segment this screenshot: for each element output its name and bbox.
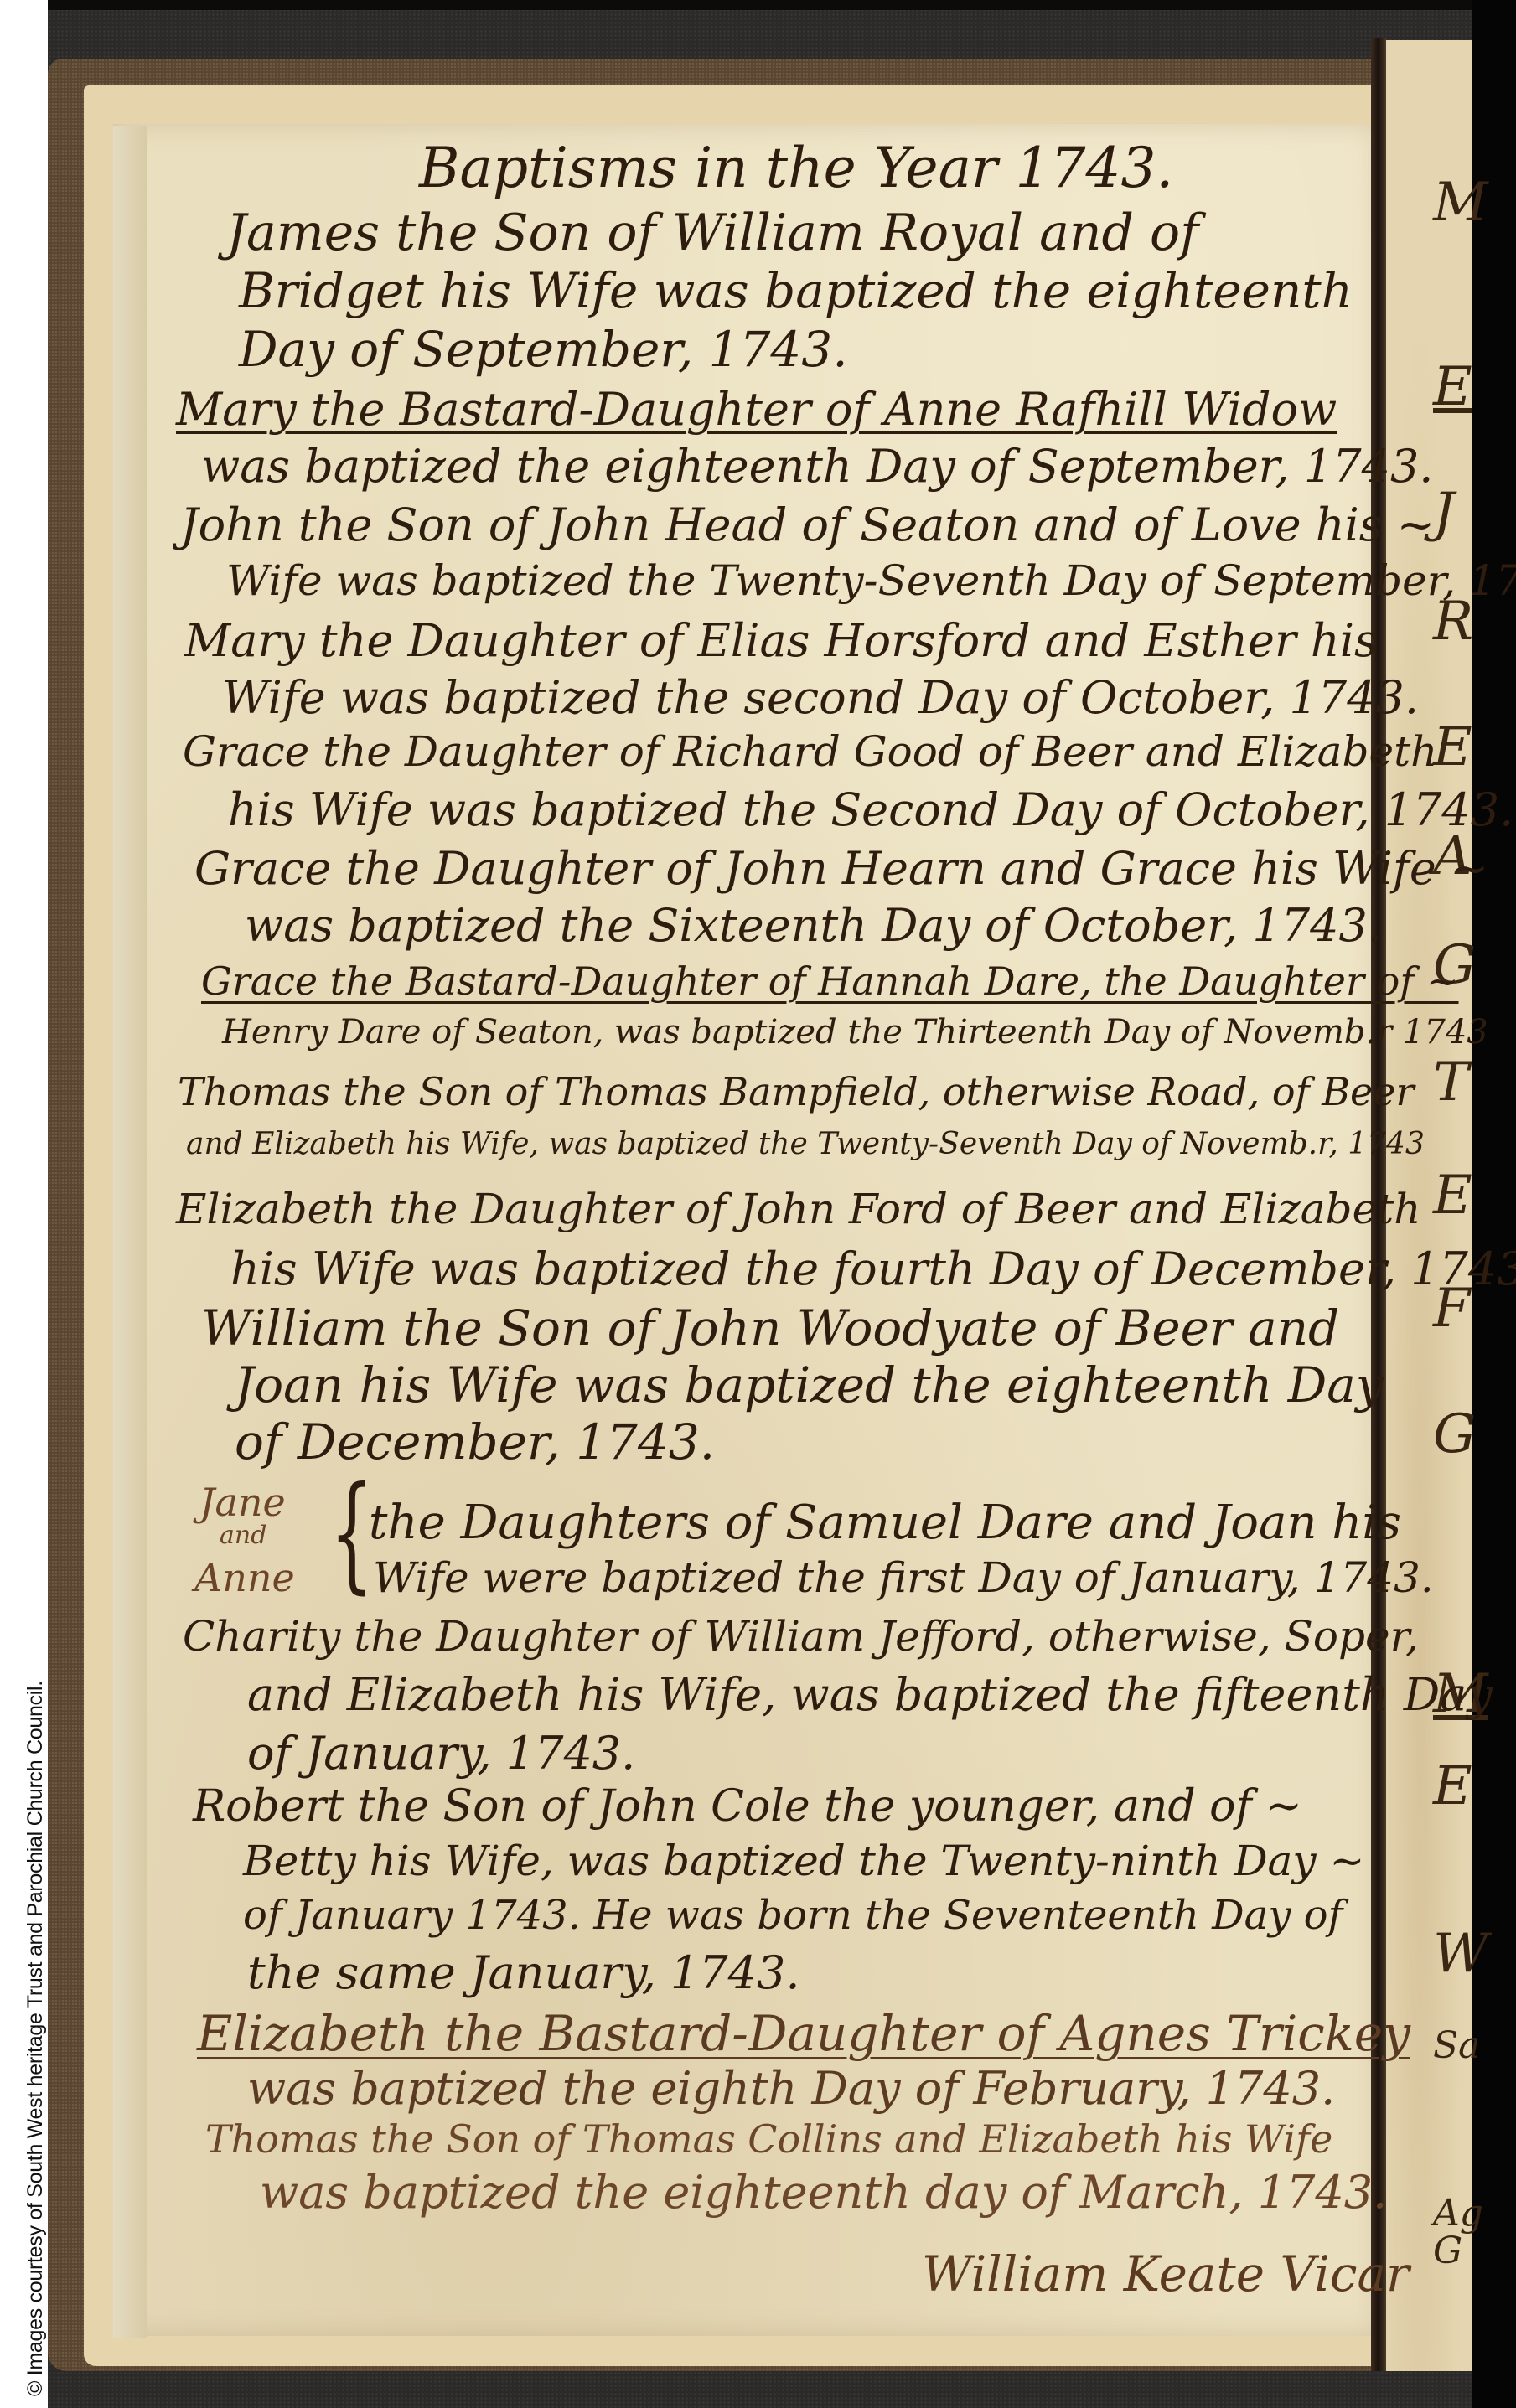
entry-line: Wife was baptized the second Day of Octo… (222, 675, 1419, 721)
facing-letter: E (1433, 1169, 1472, 1222)
entry-line: Mary the Bastard-Daughter of Anne Rafhil… (176, 387, 1337, 432)
facing-letter: Sa (1433, 2028, 1480, 2064)
entry-line: of December, 1743. (235, 1418, 715, 1466)
entry-line: and Elizabeth his Wife, was baptized the… (247, 1672, 1493, 1718)
entry-line: Wife was baptized the Twenty-Seventh Day… (226, 560, 1516, 602)
entry-line: was baptized the eighth Day of February,… (247, 2066, 1335, 2111)
facing-letter: G (1433, 2233, 1462, 2270)
entry-line: Thomas the Son of Thomas Bampfield, othe… (178, 1072, 1414, 1111)
entry-line: Thomas the Son of Thomas Collins and Eli… (205, 2120, 1332, 2158)
facing-letter: G (1433, 1408, 1476, 1461)
copyright-strip: © Images courtesy of South West heritage… (0, 0, 48, 2408)
entry-line: Wife were baptized the first Day of Janu… (373, 1557, 1434, 1599)
entry-line: was baptized the eighteenth Day of Septe… (201, 444, 1433, 489)
entry-line: Elizabeth the Bastard-Daughter of Agnes … (197, 2005, 1410, 2062)
facing-letter: W (1433, 1927, 1488, 1981)
facing-letter: E (1433, 1759, 1472, 1813)
register-title: Baptisms in the Year 1743. (419, 141, 1173, 196)
facing-letter: E (1433, 360, 1472, 414)
facing-letter: E (1433, 721, 1472, 774)
entry-line: of January 1743. He was born the Sevente… (243, 1895, 1343, 1935)
entry-line: his Wife was baptized the Second Day of … (228, 788, 1513, 833)
entry-line: Charity the Daughter of William Jefford,… (183, 1615, 1419, 1657)
entry-line: the Daughters of Samuel Dare and Joan hi… (369, 1500, 1401, 1547)
entry-line: William the Son of John Woodyate of Beer… (201, 1304, 1339, 1352)
entry-line: Bridget his Wife was baptized the eighte… (239, 266, 1353, 315)
entry-line: Mary the Daughter of Elias Horsford and … (184, 618, 1378, 664)
entry-line: was baptized the Sixteenth Day of Octobe… (245, 903, 1382, 948)
entry-line: Grace the Bastard-Daughter of Hannah Dar… (201, 959, 1459, 1004)
entry-line: and Elizabeth his Wife, was baptized the… (186, 1129, 1425, 1160)
entry-line: Joan his Wife was baptized the eighteent… (235, 1361, 1384, 1409)
page-fold (113, 126, 147, 2338)
facing-letter: Ag (1433, 2195, 1483, 2232)
entry-line: Mary the Bastard-Daughter of Anne Rafhil… (176, 383, 1337, 436)
vicar-signature: William Keate Vicar (922, 2250, 1410, 2298)
margin-name-anne: Anne (194, 1558, 295, 1597)
entry-line: Elizabeth the Bastard-Daughter of Agnes … (197, 2009, 1410, 2058)
entry-line: of January, 1743. (247, 1731, 635, 1776)
entry-line: Robert the Son of John Cole the younger,… (193, 1785, 1302, 1828)
facing-letter: T (1433, 1056, 1469, 1109)
entry-line: James the Son of William Royal and of (226, 208, 1198, 258)
entry-line: Betty his Wife, was baptized the Twenty-… (243, 1840, 1364, 1882)
entry-line: Grace the Daughter of Richard Good of Be… (183, 731, 1437, 773)
facing-letter: M (1433, 176, 1488, 230)
margin-name-jane: Jane (199, 1483, 286, 1522)
entry-line: the same January, 1743. (247, 1951, 800, 1996)
facing-letter: J (1433, 486, 1455, 540)
top-edge (48, 0, 1472, 10)
copyright-notice: © Images courtesy of South West heritage… (23, 1681, 48, 2396)
entry-line: Elizabeth the Daughter of John Ford of B… (176, 1188, 1420, 1230)
entry-line: his Wife was baptized the fourth Day of … (230, 1247, 1516, 1292)
entry-line: John the Son of John Head of Seaton and … (180, 503, 1435, 548)
entry-line: Grace the Daughter of John Hearn and Gra… (194, 846, 1488, 891)
margin-name-and: and (220, 1523, 266, 1548)
brace-icon: { (329, 1470, 373, 1596)
entry-line: Grace the Bastard-Daughter of Hannah Dar… (201, 962, 1459, 1000)
entry-line: was baptized the eighteenth day of March… (260, 2170, 1387, 2215)
entry-line: Day of September, 1743. (239, 325, 848, 374)
entry-line: Henry Dare of Seaton, was baptized the T… (222, 1015, 1488, 1049)
